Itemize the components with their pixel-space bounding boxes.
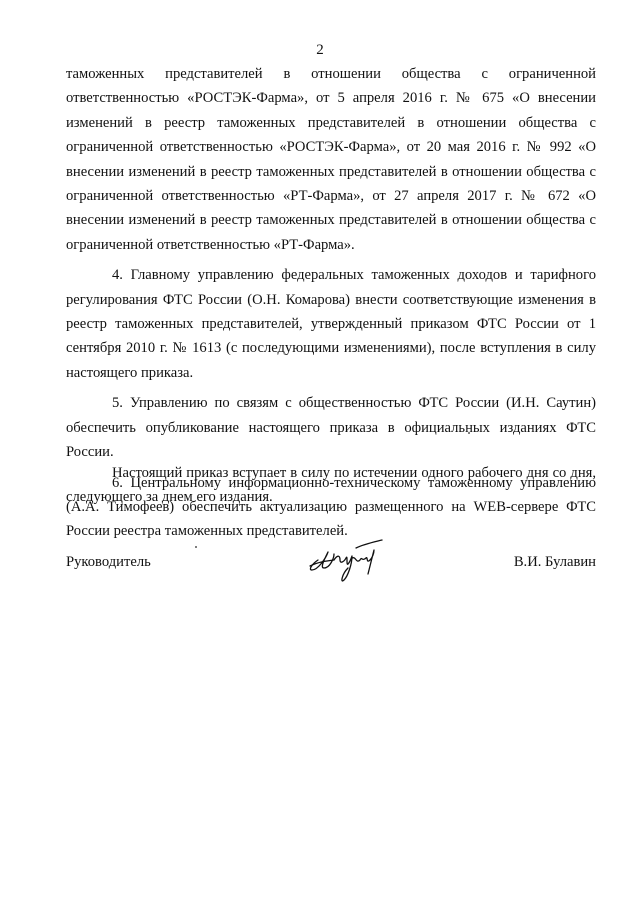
scan-speck <box>195 546 197 548</box>
scan-speck <box>234 485 235 488</box>
handwritten-signature-icon <box>304 530 394 586</box>
paragraph-item-5: 5. Управлению по связям с общественность… <box>66 391 596 464</box>
scan-speck <box>468 432 470 434</box>
paragraph-continuation: таможенных представителей в отношении об… <box>66 62 596 257</box>
signatory-name: В.И. Булавин <box>514 554 596 571</box>
page-number: 2 <box>0 42 640 59</box>
paragraph-effective-date: Настоящий приказ вступает в силу по исте… <box>66 461 596 510</box>
signatory-title: Руководитель <box>66 554 151 571</box>
paragraph-item-4: 4. Главному управлению федеральных тамож… <box>66 263 596 385</box>
closing-section: Настоящий приказ вступает в силу по исте… <box>66 461 596 510</box>
